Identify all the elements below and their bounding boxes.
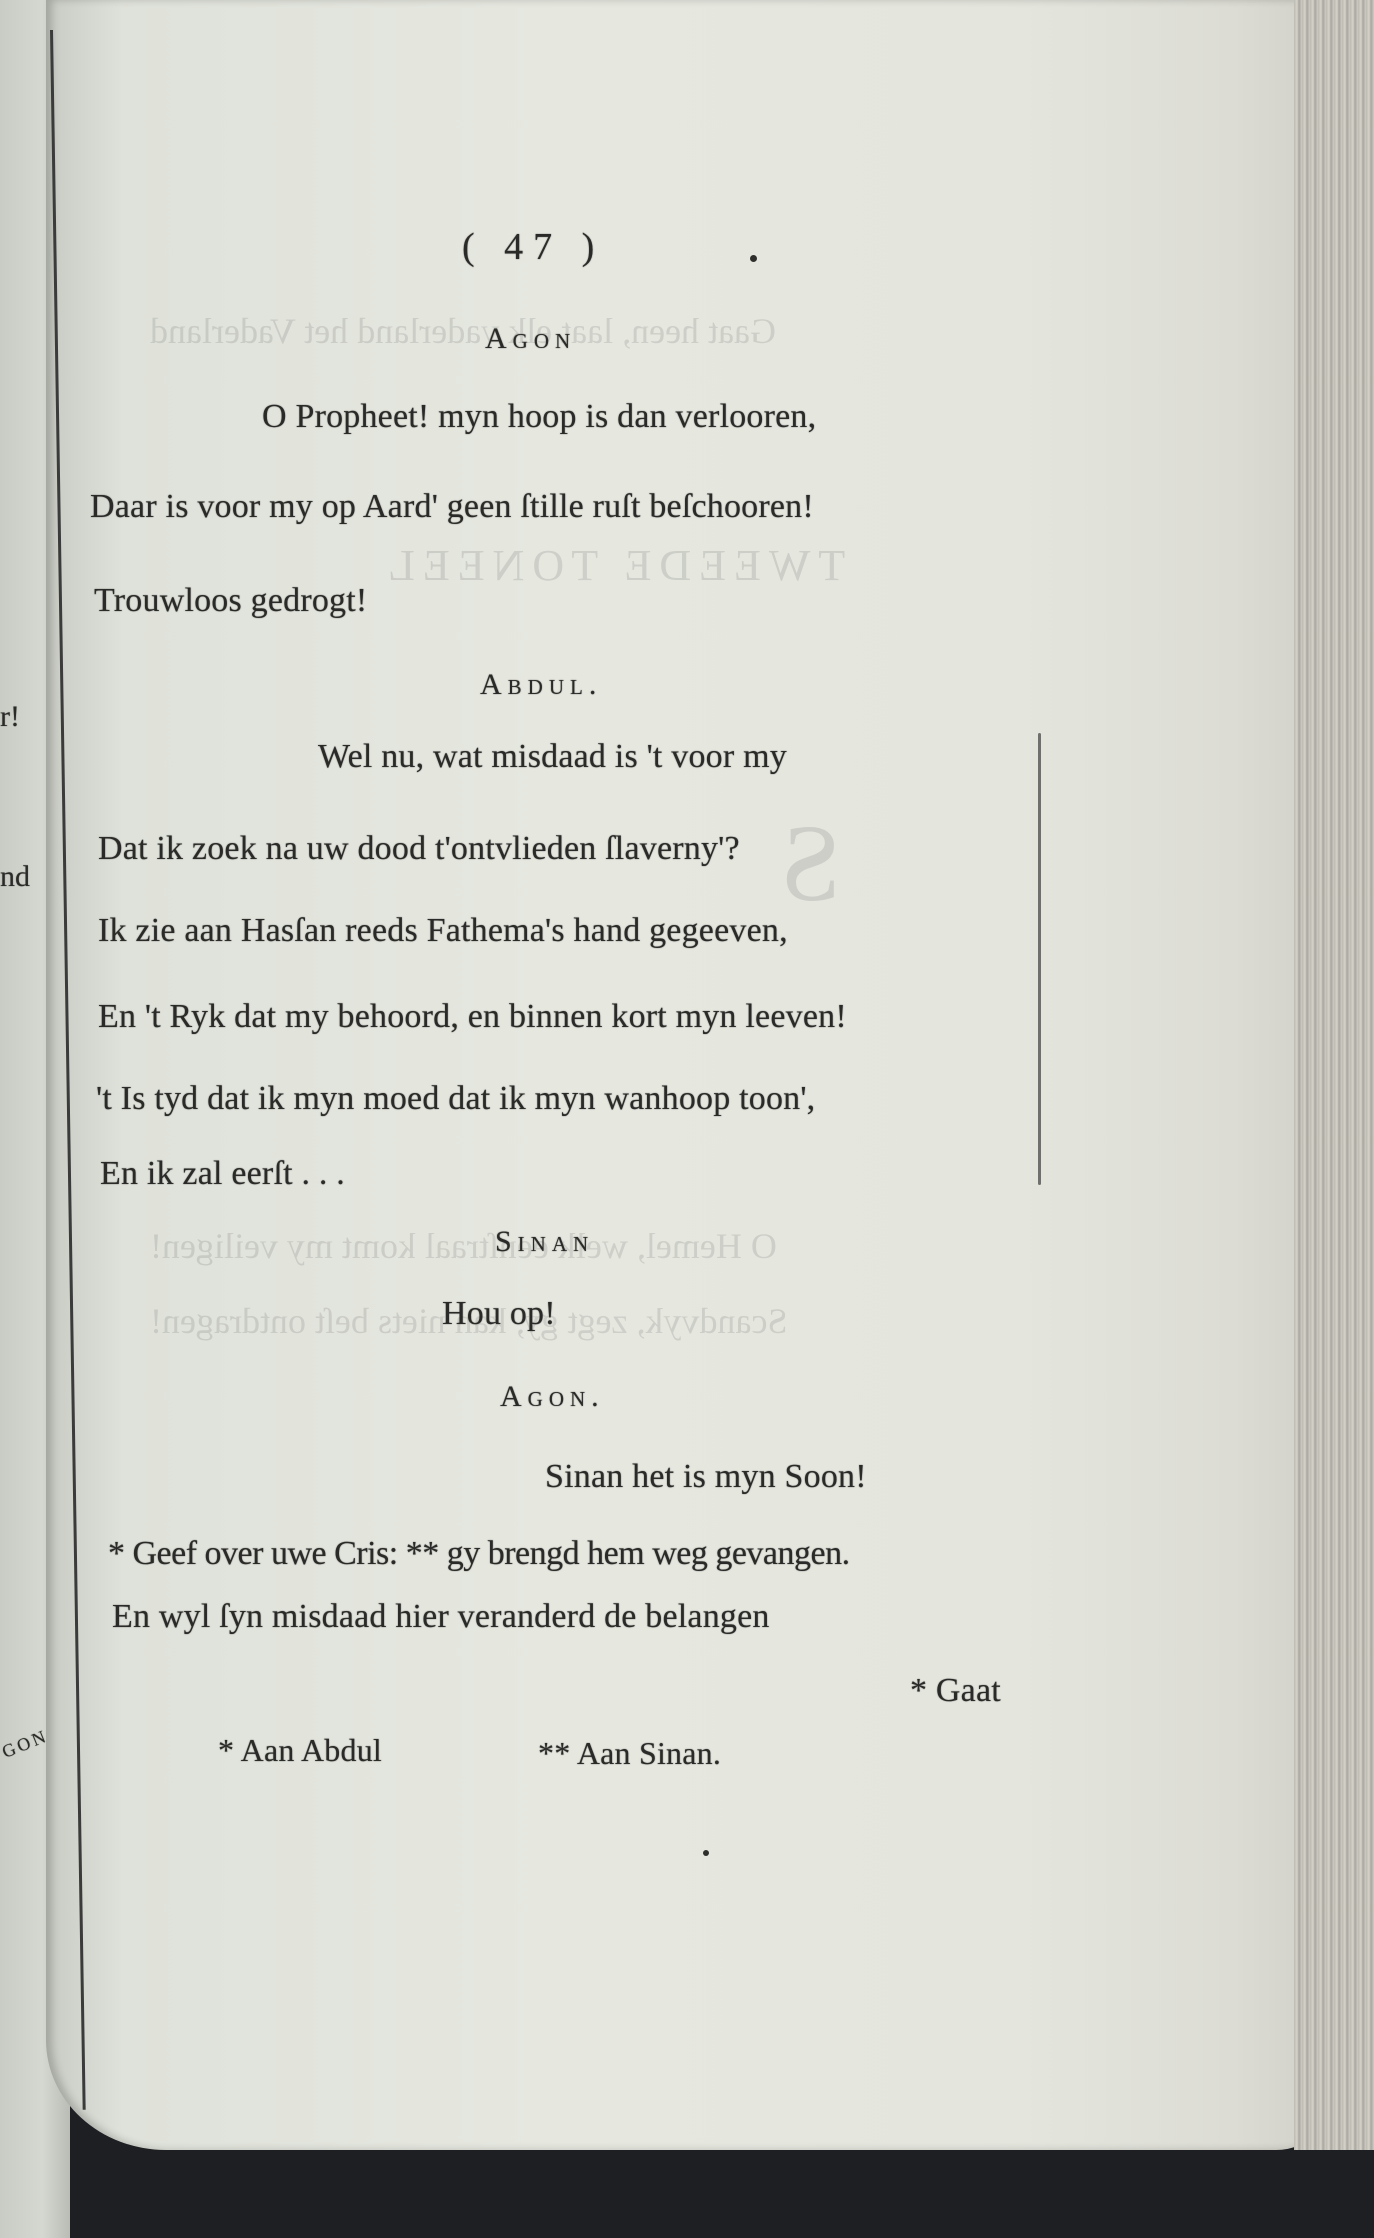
show-through-text: TWEEDE TONEEL [380, 540, 845, 591]
speaker-name: Agon [485, 322, 576, 356]
show-through-text: S [780, 800, 841, 927]
verse-line: O Propheet! myn hoop is dan verlooren, [262, 398, 816, 436]
speaker-name: Abdul. [480, 668, 602, 702]
show-through-text: O Hemel, welk eenſtraal komt my veiligen… [150, 1225, 777, 1267]
verse-line: Trouwloos gedrogt! [94, 582, 367, 620]
speaker-name: Sinan [495, 1225, 594, 1259]
verse-line: En wyl ſyn misdaad hier veranderd de bel… [112, 1598, 770, 1636]
show-through-text: Gaat heen, laat elk vaderland het Vaderl… [150, 310, 776, 352]
verse-line: En ik zal eerſt . . . [100, 1155, 345, 1193]
verse-line: En 't Ryk dat my behoord, en binnen kort… [98, 998, 847, 1036]
speaker-name: Agon. [500, 1380, 605, 1414]
verse-line: Dat ik zoek na uw dood t'ontvlieden ſlav… [98, 830, 740, 868]
footnote: ** Aan Sinan. [538, 1735, 721, 1772]
page-number: ( 47 ) [462, 225, 604, 269]
verse-line: 't Is tyd dat ik myn moed dat ik myn wan… [96, 1080, 815, 1118]
page-stack-edge [1294, 0, 1374, 2150]
left-page-fragment: r! [0, 700, 20, 734]
verse-line: Wel nu, wat misdaad is 't voor my [318, 738, 787, 776]
verse-line: * Geef over uwe Cris: ** gy brengd hem w… [108, 1535, 850, 1573]
ink-dot [703, 1850, 709, 1856]
footnote: * Aan Abdul [218, 1732, 382, 1769]
catchword: * Gaat [910, 1672, 1001, 1710]
verse-line: Sinan het is myn Soon! [545, 1458, 867, 1496]
verse-line: Ik zie aan Hasſan reeds Fathema's hand g… [98, 912, 788, 950]
ink-dot [750, 255, 757, 262]
left-page-fragment: nd [0, 860, 30, 894]
verse-line: Daar is voor my op Aard' geen ſtille ruſ… [90, 488, 814, 526]
verse-line: Hou op! [442, 1295, 556, 1333]
pencil-margin-line [1038, 733, 1041, 1185]
